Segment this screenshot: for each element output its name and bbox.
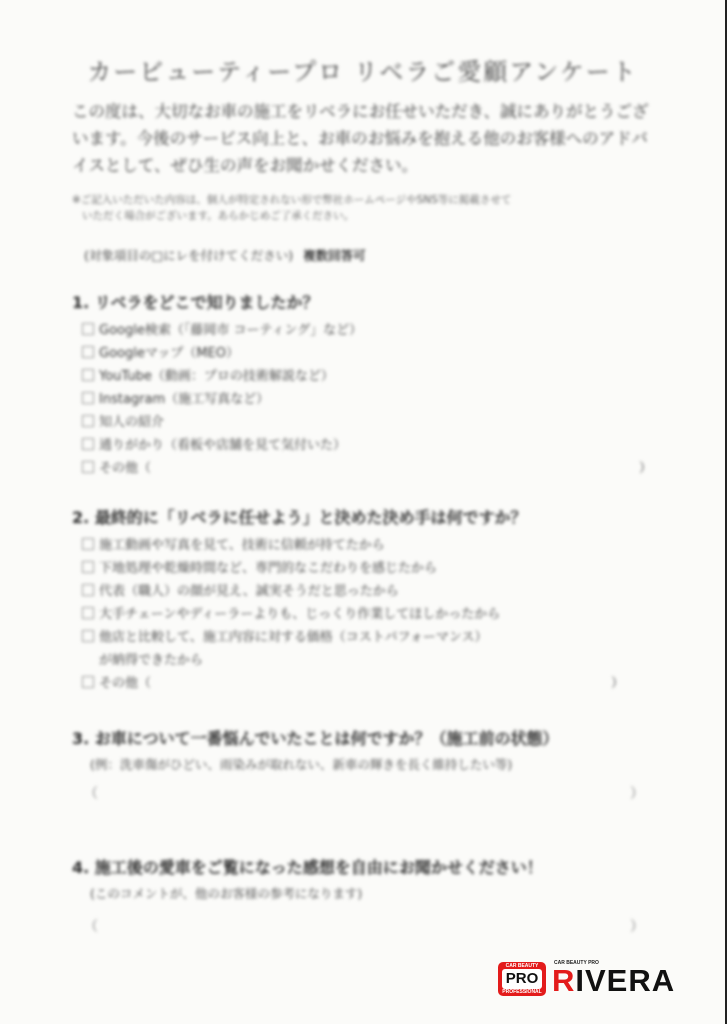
question-2: 2. 最終的に「リベラに任せよう」と決めた決め手は何ですか？ 施工動画や写真を見… xyxy=(72,505,652,695)
option-checkbox[interactable]: 知人の紹介 xyxy=(72,411,652,434)
question-title: 4. 施工後の愛車をご覧になった感想を自由にお聞かせください！ xyxy=(72,855,652,878)
answer-field[interactable]: （ ） xyxy=(72,916,652,940)
question-4: 4. 施工後の愛車をご覧になった感想を自由にお聞かせください！ (このコメントが… xyxy=(72,855,652,940)
instruction-text: (対象項目の□にレを付けてください) xyxy=(84,248,293,263)
note-line-1: ※ご記入いただいた内容は、個人が特定されない形で弊社ホームページやSNS等に掲載… xyxy=(72,194,511,206)
option-checkbox[interactable]: 下地処理や乾燥時間など、専門的なこだわりを感じたから xyxy=(72,557,652,580)
note-line-2: いただく場合がございます。あらかじめご了承ください。 xyxy=(72,208,652,224)
question-hint: (例：洗車傷がひどい、雨染みが取れない、新車の輝きを長く維持したい等) xyxy=(72,755,652,773)
question-3: 3. お車について一番悩んでいたことは何ですか？（施工前の状態） (例：洗車傷が… xyxy=(72,726,652,807)
option-checkbox[interactable]: 施工動画や写真を見て、技術に信頼が持てたから xyxy=(72,534,652,557)
checkbox-icon[interactable] xyxy=(82,323,94,335)
answer-field[interactable]: （ ） xyxy=(72,783,652,807)
option-checkbox[interactable]: Instagram（施工写真など） xyxy=(72,388,652,411)
question-hint: (このコメントが、他のお客様の参考になります) xyxy=(72,884,652,902)
instruction-multiple: 複数回答可 xyxy=(303,248,366,263)
question-title: 1. リベラをどこで知りましたか？ xyxy=(72,290,652,313)
checkbox-icon[interactable] xyxy=(82,630,94,642)
brand-logo: CAR BEAUTY PRO PROFESSIONAL CAR BEAUTY P… xyxy=(498,960,698,1000)
option-other[interactable]: その他（） xyxy=(72,672,652,695)
document-title: カービューティープロ リベラご愛顧アンケート xyxy=(0,52,725,87)
option-checkbox[interactable]: YouTube（動画：プロの技術解説など） xyxy=(72,365,652,388)
brand-name: RIVERA xyxy=(552,964,675,998)
option-checkbox[interactable]: Googleマップ（MEO） xyxy=(72,342,652,365)
intro-paragraph: この度は、大切なお車の施工をリベラにお任せいただき、誠にありがとうございます。今… xyxy=(72,98,652,179)
option-checkbox[interactable]: 通りがかり（看板や店舗を見て気付いた） xyxy=(72,434,652,457)
checkbox-icon[interactable] xyxy=(82,346,94,358)
checkbox-icon[interactable] xyxy=(82,415,94,427)
option-other[interactable]: その他（） xyxy=(72,457,652,480)
checkbox-icon[interactable] xyxy=(82,538,94,550)
instruction: (対象項目の□にレを付けてください)複数回答可 xyxy=(84,246,366,264)
option-checkbox[interactable]: 他店と比較して、施工内容に対する価格（コストパフォーマンス）が納得できたから xyxy=(72,626,652,672)
disclaimer-note: ※ご記入いただいた内容は、個人が特定されない形で弊社ホームページやSNS等に掲載… xyxy=(72,192,652,224)
checkbox-icon[interactable] xyxy=(82,438,94,450)
checkbox-icon[interactable] xyxy=(82,584,94,596)
option-checkbox[interactable]: Google検索（「藤岡市 コーティング」など） xyxy=(72,319,652,342)
checkbox-icon[interactable] xyxy=(82,561,94,573)
question-title: 3. お車について一番悩んでいたことは何ですか？（施工前の状態） xyxy=(72,726,652,749)
checkbox-icon[interactable] xyxy=(82,461,94,473)
checkbox-icon[interactable] xyxy=(82,369,94,381)
checkbox-icon[interactable] xyxy=(82,607,94,619)
question-title: 2. 最終的に「リベラに任せよう」と決めた決め手は何ですか？ xyxy=(72,505,652,528)
checkbox-icon[interactable] xyxy=(82,676,94,688)
question-1: 1. リベラをどこで知りましたか？ Google検索（「藤岡市 コーティング」な… xyxy=(72,290,652,480)
checkbox-icon[interactable] xyxy=(82,392,94,404)
questionnaire-page: カービューティープロ リベラご愛顧アンケート この度は、大切なお車の施工をリベラ… xyxy=(0,0,725,1024)
option-checkbox[interactable]: 大手チェーンやディーラーよりも、じっくり作業してほしかったから xyxy=(72,603,652,626)
option-checkbox[interactable]: 代表（職人）の顔が見え、誠実そうだと思ったから xyxy=(72,580,652,603)
pro-badge-icon: CAR BEAUTY PRO PROFESSIONAL xyxy=(498,962,546,996)
